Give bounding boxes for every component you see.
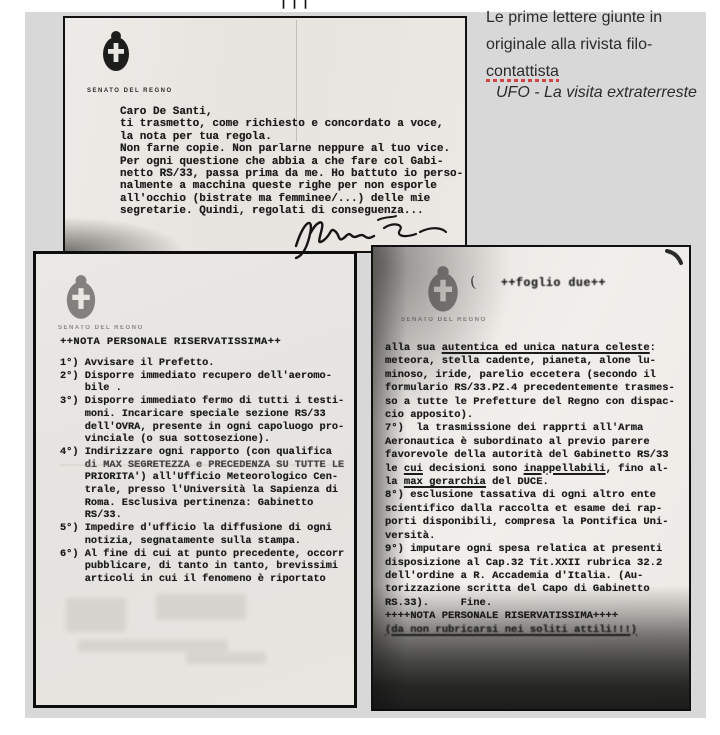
doc-line: dell'ordine a R. Accademia d'Italia. (Au… <box>385 570 675 583</box>
doc-line: RS.33). Fine. <box>385 597 675 610</box>
letterhead-senato-del-regno: SENATO DEL REGNO <box>87 88 173 94</box>
doc-line: disposizione al Cap.32 Tit.XXII rubrica … <box>385 557 675 570</box>
caption-line: originale alla rivista filo- <box>486 31 711 58</box>
doc-line: 2°) Disporre immediato recupero dell'aer… <box>60 370 344 383</box>
doc-line: 9°) imputare ogni spesa relatica at pres… <box>385 543 675 556</box>
doc-line: 5°) Impedire d'ufficio la diffusione di … <box>60 522 344 535</box>
bleed-through-smudge <box>156 594 246 620</box>
doc-line: notizia, segnatamente sulla stampa. <box>60 535 344 548</box>
letter1-body: Caro De Santi,ti trasmetto, come richies… <box>120 106 463 218</box>
doc-line: netto RS/33, passa prima da me. Ho battu… <box>120 168 463 180</box>
doc-line: la nota per tua regola. <box>120 131 463 143</box>
doc-line: (da non rubricarsi nei soliti attili!!!) <box>385 624 675 637</box>
doc-line: Per ogni questione che abbia a che fare … <box>120 156 463 168</box>
letter2-nota-riservatissima: SENATO DEL REGNO ++NOTA PERSONALE RISERV… <box>33 251 357 708</box>
spellcheck-underline-word: contattista <box>486 63 559 82</box>
doc-line: 7°) la trasmissione dei rapprti all'Arma <box>385 422 675 435</box>
page-curl-icon <box>665 249 687 271</box>
doc-line: all'occhio (bistrate ma femminee/...) de… <box>120 193 463 205</box>
letter3-body: alla sua autentica ed unica natura celes… <box>385 342 675 637</box>
caption-block: Le prime lettere giunte in originale all… <box>486 4 711 105</box>
doc-line: versità. <box>385 530 675 543</box>
doc-line: 8°) esclusione tassativa di ogni altro e… <box>385 489 675 502</box>
letter2-body: 1°) Avvisare il Prefetto.2°) Disporre im… <box>60 357 344 586</box>
cropped-top-mark: ||| <box>279 0 312 9</box>
doc-line: cio apposito). <box>385 409 675 422</box>
doc-line: trale, presso l'Università la Sapienza d… <box>60 484 344 497</box>
doc-line: articoli in cui il fenomeno è riportato <box>60 573 344 586</box>
doc-line: bile . <box>60 382 344 395</box>
doc-line: le cui decisioni sono inappellabili, fin… <box>385 463 675 476</box>
handwritten-signature <box>292 208 452 260</box>
doc-line: ti trasmetto, come richiesto e concordat… <box>120 118 463 130</box>
savoy-crest-icon <box>101 30 131 74</box>
doc-line: la max gerarchia del DUCE. <box>385 476 675 489</box>
doc-line: formulario RS/33.PZ.4 precedentemente tr… <box>385 382 675 395</box>
doc-line: di MAX SEGRETEZZA e PRECEDENZA SU TUTTE … <box>60 459 344 472</box>
doc-line: PRIORITA') all'Ufficio Meteorologico Cen… <box>60 471 344 484</box>
doc-line: 1°) Avvisare il Prefetto. <box>60 357 344 370</box>
doc-line: vinciale (o sua sottosezione). <box>60 433 344 446</box>
doc-line: Non farne copie. Non parlarne neppure al… <box>120 143 463 155</box>
letterhead-senato-del-regno: SENATO DEL REGNO <box>58 325 144 331</box>
doc-line: dell'OVRA, presente in ogni capoluogo pr… <box>60 421 344 434</box>
doc-line: ++++NOTA PERSONALE RISERVATISSIMA++++ <box>385 610 675 623</box>
doc-line: pubblicare, di tanto in tanto, brevissim… <box>60 560 344 573</box>
caption-line: Le prime lettere giunte in <box>486 4 711 31</box>
doc-line: 4°) Indirizzare ogni rapporto (con quali… <box>60 446 344 459</box>
doc-line: alla sua autentica ed unica natura celes… <box>385 342 675 355</box>
doc-line: Caro De Santi, <box>120 106 463 118</box>
letter2-title: ++NOTA PERSONALE RISERVATISSIMA++ <box>60 336 281 348</box>
doc-line: scientifico dalla raccolta et esame dei … <box>385 503 675 516</box>
doc-line: RS/33. <box>60 509 344 522</box>
doc-line: meteora, stella cadente, pianeta, alone … <box>385 355 675 368</box>
doc-line: so a tutte le Prefetture del Regno con d… <box>385 396 675 409</box>
doc-line: porti disponibili, compresa la Pontifica… <box>385 516 675 529</box>
doc-line: 3°) Disporre immediato fermo di tutti i … <box>60 395 344 408</box>
doc-line: torizzazione scritta del Capo di Gabinet… <box>385 583 675 596</box>
doc-line: nalmente a macchina queste righe per non… <box>120 180 463 192</box>
bleed-through-smudge <box>186 652 266 664</box>
doc-line: Aeronautica è subordinato al previo pare… <box>385 436 675 449</box>
doc-line: favorevole della autorità del Gabinetto … <box>385 449 675 462</box>
caption-magazine-title: UFO - La visita extraterreste <box>496 81 711 105</box>
doc-line: Roma. Esclusiva pertinenza: Gabinetto <box>60 497 344 510</box>
savoy-crest-icon <box>64 274 98 322</box>
bleed-through-smudge <box>78 640 228 652</box>
doc-line: moni. Incaricare speciale sezione RS/33 <box>60 408 344 421</box>
scanned-documents-page: ||| Le prime lettere giunte in originale… <box>0 0 720 735</box>
bleed-through-smudge <box>66 598 126 632</box>
letter3-foglio-due: SENATO DEL REGNO ( ++foglio due++ alla s… <box>371 245 691 711</box>
doc-line: 6°) Al fine di cui at punto precedente, … <box>60 548 344 561</box>
doc-line: minoso, iride, parelio eccetera (secondo… <box>385 369 675 382</box>
